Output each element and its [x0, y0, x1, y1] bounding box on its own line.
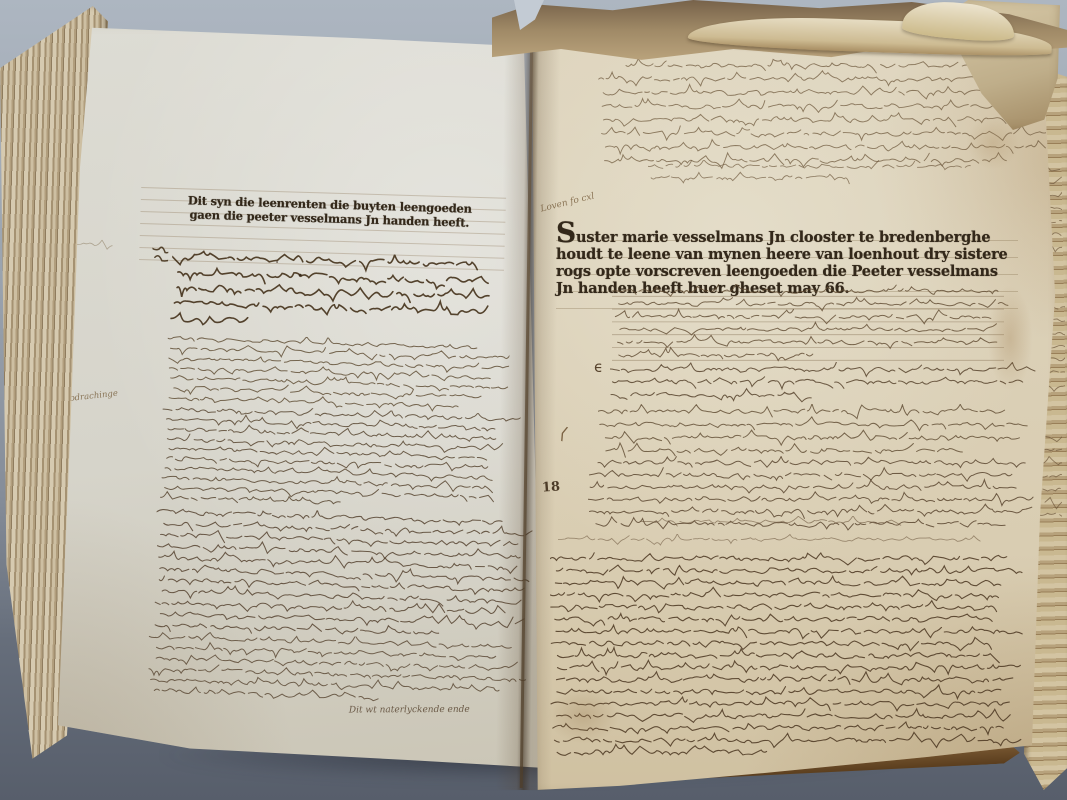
heading-line: Suster marie vesselmans Jn clooster te b…	[556, 224, 1034, 246]
heading-line: houdt te leene van mynen heere van loenh…	[556, 246, 1034, 263]
heading-line: rogs opte vorscreven leengoeden die Peet…	[556, 263, 1034, 280]
handwriting-paragraph	[170, 248, 492, 341]
manuscript-photo: Dit syn die leenrenten die buyten leengo…	[0, 0, 1067, 800]
handwriting-annotation	[640, 516, 930, 529]
handwriting-paragraph	[598, 404, 1044, 460]
handwriting-paragraph	[166, 333, 510, 417]
margin-note: Loven fo cxl	[540, 191, 596, 214]
ink-spot	[276, 261, 278, 263]
margin-note: opdrachinge	[64, 389, 119, 405]
ink-spot	[299, 274, 302, 277]
margin-arrow-icon: ⟨	[556, 423, 570, 444]
handwriting-paragraph	[147, 630, 529, 711]
closing-note: Dit wt naterlyckende ende	[349, 705, 470, 716]
initial-flourish	[152, 243, 169, 263]
handwriting-paragraph	[160, 404, 521, 517]
handwriting-paragraph	[610, 362, 1042, 404]
handwriting-paragraph	[648, 160, 983, 186]
handwriting-annotation	[558, 534, 998, 547]
right-page: 51 Loven fo cxl Suster marie vesselmans …	[528, 18, 1067, 800]
handwriting-paragraph	[153, 506, 534, 646]
handwriting-paragraph	[550, 552, 1028, 764]
margin-number: 18	[541, 479, 560, 495]
paragraph-mark-icon: ϵ	[594, 358, 603, 376]
ruled-line	[140, 235, 505, 247]
left-page: Dit syn die leenrenten die buyten leengo…	[50, 20, 550, 795]
handwriting-paragraph	[612, 284, 1012, 366]
